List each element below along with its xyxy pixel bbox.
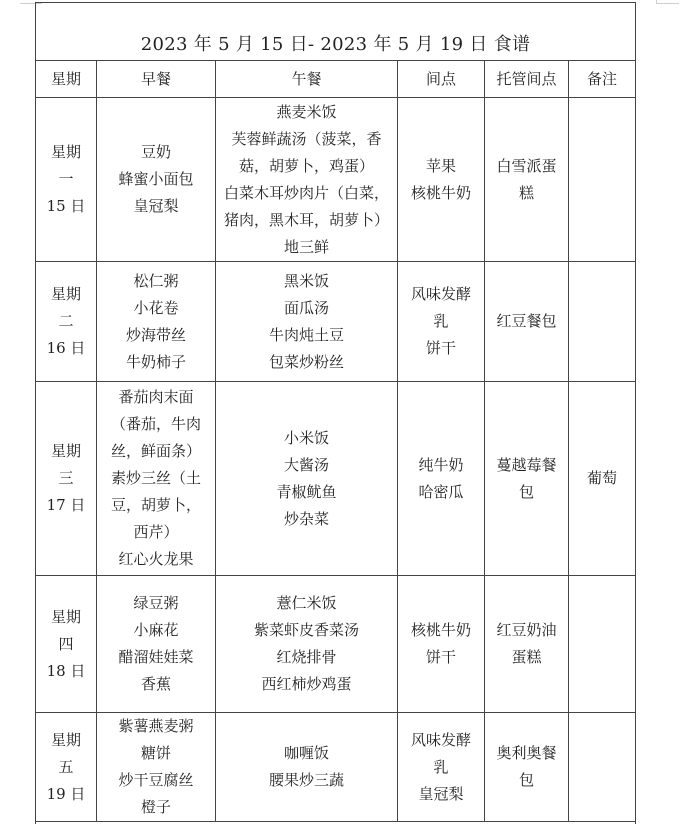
title-row: 2023 年 5 月 15 日- 2023 年 5 月 19 日 食谱 <box>36 3 636 61</box>
menu-item: 皇冠梨 <box>101 193 211 220</box>
day-number: 二 <box>40 308 92 335</box>
menu-item: 醋溜娃娃菜 <box>101 644 211 671</box>
lunch-cell: 薏仁米饭 紫菜虾皮香菜汤 红烧排骨 西红柿炒鸡蛋 <box>216 576 398 713</box>
menu-item: 糖饼 <box>101 740 211 767</box>
menu-item: 牛奶柿子 <box>101 349 211 376</box>
day-cell: 星期 二 16 日 <box>36 262 97 382</box>
lunch-cell: 黑米饭 面瓜汤 牛肉炖土豆 包菜炒粉丝 <box>216 262 398 382</box>
menu-item: 核桃牛奶 <box>402 617 480 644</box>
lunch-cell: 小米饭 大酱汤 青椒鱿鱼 炒杂菜 <box>216 382 398 576</box>
day-cell: 星期 一 15 日 <box>36 98 97 262</box>
menu-item: 青椒鱿鱼 <box>220 479 393 506</box>
day-label: 星期 <box>40 139 92 166</box>
menu-item: 炒干豆腐丝 <box>101 767 211 794</box>
table-row-wednesday: 星期 三 17 日 番茄肉末面 （番茄，牛肉 丝，鲜面条） 素炒三丝（土 豆，胡… <box>36 382 636 576</box>
header-row: 星期 早餐 午餐 间点 托管间点 备注 <box>36 61 636 98</box>
menu-item: 猪肉，黑木耳，胡萝卜） <box>220 207 393 234</box>
care-snack-cell: 红豆餐包 <box>485 262 569 382</box>
day-label: 星期 <box>40 604 92 631</box>
menu-item: 西芹） <box>101 519 211 546</box>
menu-item: 白雪派蛋 <box>489 153 564 180</box>
menu-item: 奥利奥餐 <box>489 740 564 767</box>
day-label: 星期 <box>40 281 92 308</box>
menu-item: 薏仁米饭 <box>220 590 393 617</box>
menu-item: 小花卷 <box>101 295 211 322</box>
menu-item: 红豆奶油 <box>489 617 564 644</box>
breakfast-cell: 绿豆粥 小麻花 醋溜娃娃菜 香蕉 <box>97 576 216 713</box>
day-label: 星期 <box>40 727 92 754</box>
menu-item: 皇冠梨 <box>402 781 480 808</box>
menu-item: 炒杂菜 <box>220 506 393 533</box>
menu-item: 糕 <box>489 180 564 207</box>
menu-item: （番茄，牛肉 <box>101 411 211 438</box>
notes-cell <box>569 713 636 822</box>
menu-item: 饼干 <box>402 335 480 362</box>
menu-item: 地三鲜 <box>220 234 393 261</box>
column-header-day: 星期 <box>36 61 97 98</box>
day-cell: 星期 五 19 日 <box>36 713 97 822</box>
menu-item: 大酱汤 <box>220 452 393 479</box>
snack-cell: 风味发酵 乳 饼干 <box>398 262 485 382</box>
snack-cell: 风味发酵 乳 皇冠梨 <box>398 713 485 822</box>
menu-title: 2023 年 5 月 15 日- 2023 年 5 月 19 日 食谱 <box>36 3 636 61</box>
breakfast-cell: 紫薯燕麦粥 糖饼 炒干豆腐丝 橙子 <box>97 713 216 822</box>
menu-item: 豆奶 <box>101 139 211 166</box>
menu-item: 核桃牛奶 <box>402 180 480 207</box>
menu-item: 丝，鲜面条） <box>101 438 211 465</box>
menu-item: 包 <box>489 479 564 506</box>
menu-item: 包菜炒粉丝 <box>220 349 393 376</box>
page-corner-mark-right <box>656 0 679 4</box>
menu-item: 红心火龙果 <box>101 546 211 573</box>
menu-item: 蛋糕 <box>489 644 564 671</box>
menu-item: 腰果炒三蔬 <box>220 767 393 794</box>
menu-item: 纯牛奶 <box>402 452 480 479</box>
snack-cell: 纯牛奶 哈密瓜 <box>398 382 485 576</box>
menu-item: 绿豆粥 <box>101 590 211 617</box>
menu-item: 咖喱饭 <box>220 740 393 767</box>
breakfast-cell: 豆奶 蜂蜜小面包 皇冠梨 <box>97 98 216 262</box>
note-text: 葡萄 <box>573 465 631 492</box>
table-row-monday: 星期 一 15 日 豆奶 蜂蜜小面包 皇冠梨 燕麦米饭 芙蓉鲜蔬汤（菠菜，香 菇… <box>36 98 636 262</box>
menu-item: 炒海带丝 <box>101 322 211 349</box>
day-number: 三 <box>40 465 92 492</box>
menu-item: 番茄肉末面 <box>101 384 211 411</box>
menu-item: 风味发酵 <box>402 281 480 308</box>
notes-cell <box>569 262 636 382</box>
care-snack-cell: 红豆奶油 蛋糕 <box>485 576 569 713</box>
menu-item: 面瓜汤 <box>220 295 393 322</box>
day-cell: 星期 四 18 日 <box>36 576 97 713</box>
table-row-friday: 星期 五 19 日 紫薯燕麦粥 糖饼 炒干豆腐丝 橙子 咖喱饭 腰果炒三蔬 风味… <box>36 713 636 822</box>
menu-item: 白菜木耳炒肉片（白菜， <box>220 180 393 207</box>
lunch-cell: 燕麦米饭 芙蓉鲜蔬汤（菠菜，香 菇，胡萝卜，鸡蛋） 白菜木耳炒肉片（白菜， 猪肉… <box>216 98 398 262</box>
menu-item: 紫菜虾皮香菜汤 <box>220 617 393 644</box>
menu-item: 松仁粥 <box>101 268 211 295</box>
menu-item: 燕麦米饭 <box>220 99 393 126</box>
menu-item: 芙蓉鲜蔬汤（菠菜，香 <box>220 126 393 153</box>
snack-cell: 苹果 核桃牛奶 <box>398 98 485 262</box>
menu-item: 小麻花 <box>101 617 211 644</box>
menu-item: 西红柿炒鸡蛋 <box>220 671 393 698</box>
lunch-cell: 咖喱饭 腰果炒三蔬 <box>216 713 398 822</box>
weekly-menu-table: 2023 年 5 月 15 日- 2023 年 5 月 19 日 食谱 星期 早… <box>35 2 636 822</box>
menu-item: 紫薯燕麦粥 <box>101 713 211 740</box>
menu-item: 红豆餐包 <box>489 308 564 335</box>
column-header-lunch: 午餐 <box>216 61 398 98</box>
day-date: 19 日 <box>40 781 92 808</box>
breakfast-cell: 松仁粥 小花卷 炒海带丝 牛奶柿子 <box>97 262 216 382</box>
menu-item: 包 <box>489 767 564 794</box>
day-label: 星期 <box>40 438 92 465</box>
column-header-snack: 间点 <box>398 61 485 98</box>
day-number: 五 <box>40 754 92 781</box>
menu-item: 素炒三丝（土 <box>101 465 211 492</box>
notes-cell <box>569 576 636 713</box>
day-date: 16 日 <box>40 335 92 362</box>
day-number: 一 <box>40 166 92 193</box>
menu-item: 红烧排骨 <box>220 644 393 671</box>
care-snack-cell: 白雪派蛋 糕 <box>485 98 569 262</box>
notes-cell <box>569 98 636 262</box>
snack-cell: 核桃牛奶 饼干 <box>398 576 485 713</box>
day-number: 四 <box>40 631 92 658</box>
menu-item: 菇，胡萝卜，鸡蛋） <box>220 153 393 180</box>
menu-item: 哈密瓜 <box>402 479 480 506</box>
table-continuation-border <box>35 815 636 824</box>
care-snack-cell: 蔓越莓餐 包 <box>485 382 569 576</box>
menu-item: 乳 <box>402 754 480 781</box>
notes-cell: 葡萄 <box>569 382 636 576</box>
menu-item: 乳 <box>402 308 480 335</box>
day-cell: 星期 三 17 日 <box>36 382 97 576</box>
menu-item: 香蕉 <box>101 671 211 698</box>
menu-item: 蜂蜜小面包 <box>101 166 211 193</box>
document-page: 2023 年 5 月 15 日- 2023 年 5 月 19 日 食谱 星期 早… <box>0 0 700 824</box>
care-snack-cell: 奥利奥餐 包 <box>485 713 569 822</box>
day-date: 15 日 <box>40 193 92 220</box>
breakfast-cell: 番茄肉末面 （番茄，牛肉 丝，鲜面条） 素炒三丝（土 豆，胡萝卜， 西芹） 红心… <box>97 382 216 576</box>
menu-item: 黑米饭 <box>220 268 393 295</box>
table-row-thursday: 星期 四 18 日 绿豆粥 小麻花 醋溜娃娃菜 香蕉 薏仁米饭 紫菜虾皮香菜汤 … <box>36 576 636 713</box>
column-header-breakfast: 早餐 <box>97 61 216 98</box>
column-header-notes: 备注 <box>569 61 636 98</box>
menu-item: 风味发酵 <box>402 727 480 754</box>
menu-item: 苹果 <box>402 153 480 180</box>
column-header-care-snack: 托管间点 <box>485 61 569 98</box>
table-row-tuesday: 星期 二 16 日 松仁粥 小花卷 炒海带丝 牛奶柿子 黑米饭 面瓜汤 牛肉炖土… <box>36 262 636 382</box>
menu-item: 小米饭 <box>220 425 393 452</box>
menu-item: 蔓越莓餐 <box>489 452 564 479</box>
menu-item: 饼干 <box>402 644 480 671</box>
menu-item: 豆，胡萝卜， <box>101 492 211 519</box>
menu-item: 牛肉炖土豆 <box>220 322 393 349</box>
day-date: 18 日 <box>40 658 92 685</box>
day-date: 17 日 <box>40 492 92 519</box>
